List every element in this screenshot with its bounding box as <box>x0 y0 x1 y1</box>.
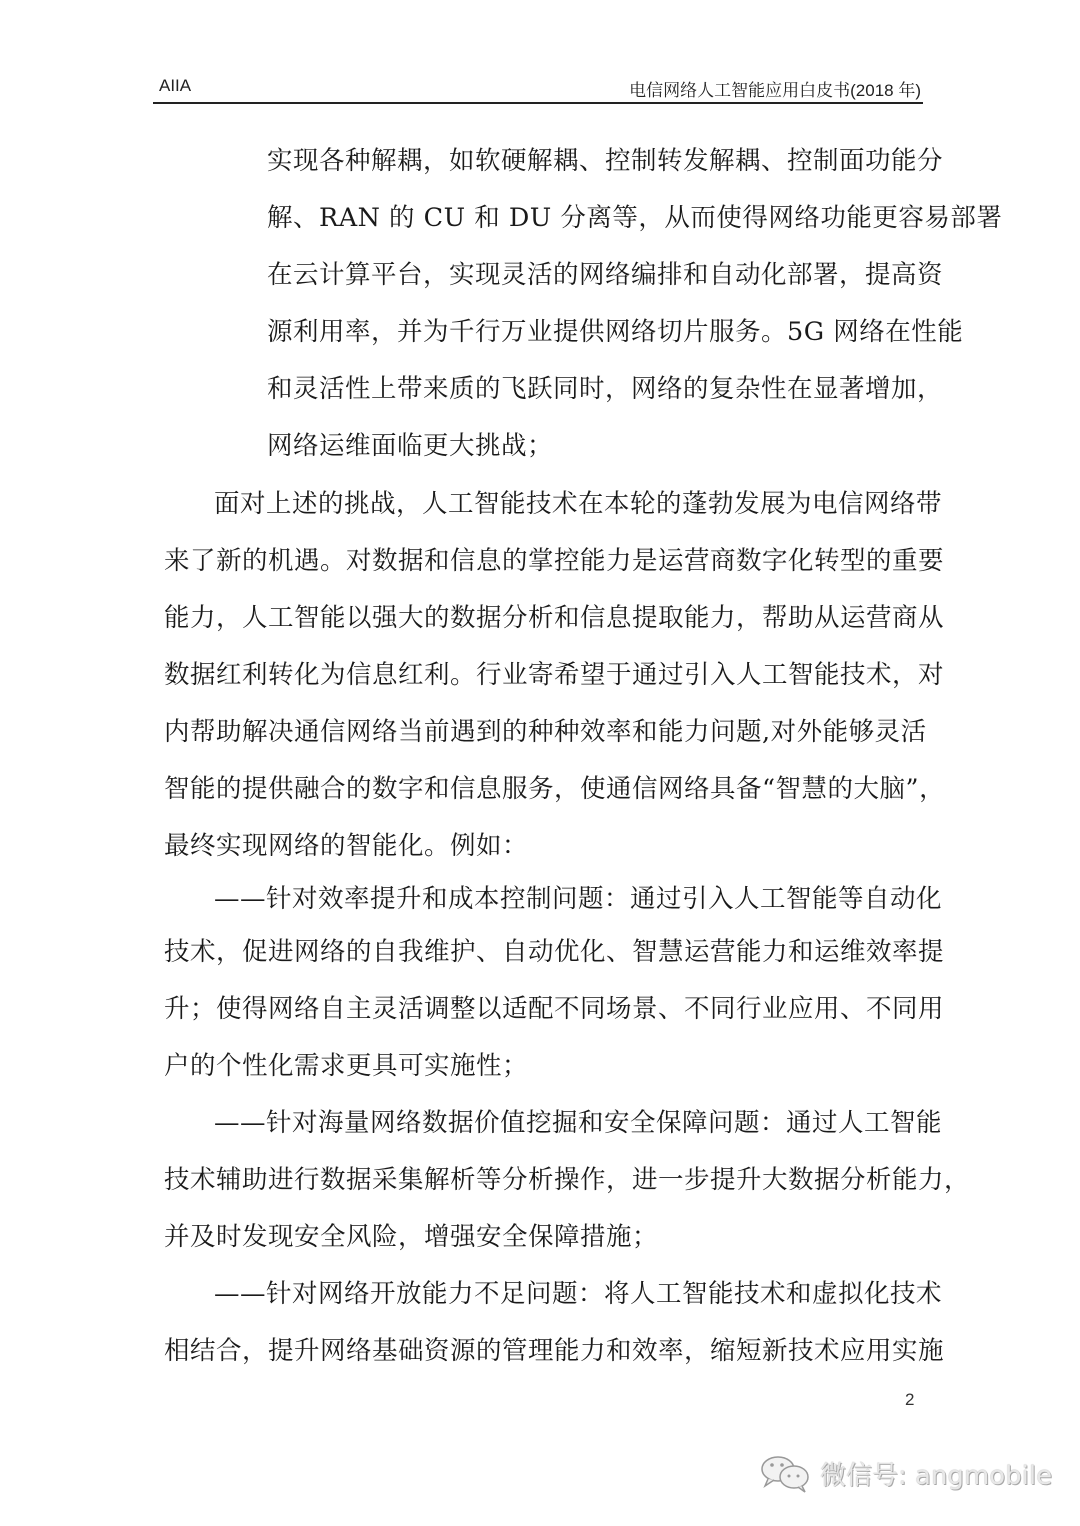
text-line: 并及时发现安全风险，增强安全保障措施； <box>164 1220 658 1254</box>
text-line: 智能的提供融合的数字和信息服务，使通信网络具备“智慧的大脑”， <box>164 772 945 806</box>
text-line: 户的个性化需求更具可实施性； <box>164 1049 528 1083</box>
header-doc-title: 电信网络人工智能应用白皮书(2018 年) <box>629 76 921 101</box>
text-line: 在云计算平台，实现灵活的网络编排和自动化部署，提高资 <box>267 258 943 292</box>
text-line: 技术辅助进行数据采集解析等分析操作，进一步提升大数据分析能力， <box>164 1163 970 1197</box>
text-line: 数据红利转化为信息红利。行业寄希望于通过引入人工智能技术，对 <box>164 658 944 692</box>
text-line: 能力，人工智能以强大的数据分析和信息提取能力，帮助从运营商从 <box>164 601 944 635</box>
text-line: 实现各种解耦，如软硬解耦、控制转发解耦、控制面功能分 <box>267 144 943 178</box>
text-line: 源利用率，并为千行万业提供网络切片服务。5G 网络在性能 <box>267 315 963 349</box>
text-line: 内帮助解决通信网络当前遇到的种种效率和能力问题,对外能够灵活 <box>164 715 927 749</box>
page-number: 2 <box>905 1390 914 1410</box>
header-org: AIIA <box>159 76 191 96</box>
text-line: 来了新的机遇。对数据和信息的掌控能力是运营商数字化转型的重要 <box>164 544 944 578</box>
text-line: 网络运维面临更大挑战； <box>267 429 553 463</box>
watermark: 微信号: angmobile <box>758 1448 1052 1498</box>
text-line: 升；使得网络自主灵活调整以适配不同场景、不同行业应用、不同用 <box>164 992 944 1026</box>
text-line: ——针对海量网络数据价值挖掘和安全保障问题：通过人工智能 <box>214 1106 942 1140</box>
text-line: ——针对效率提升和成本控制问题：通过引入人工智能等自动化 <box>214 882 942 916</box>
text-line: ——针对网络开放能力不足问题：将人工智能技术和虚拟化技术 <box>214 1277 942 1311</box>
text-line: 解、RAN 的 CU 和 DU 分离等，从而使得网络功能更容易部署 <box>267 201 1002 235</box>
text-line: 技术，促进网络的自我维护、自动优化、智慧运营能力和运维效率提 <box>164 935 944 969</box>
wechat-icon <box>758 1453 814 1493</box>
watermark-text: 微信号: angmobile <box>820 1455 1052 1492</box>
text-line: 和灵活性上带来质的飞跃同时，网络的复杂性在显著增加， <box>267 372 943 406</box>
text-line: 相结合，提升网络基础资源的管理能力和效率，缩短新技术应用实施 <box>164 1334 944 1368</box>
text-line: 面对上述的挑战，人工智能技术在本轮的蓬勃发展为电信网络带 <box>214 487 942 521</box>
page-header: AIIA 电信网络人工智能应用白皮书(2018 年) <box>153 68 923 104</box>
text-line: 最终实现网络的智能化。例如： <box>164 829 528 863</box>
